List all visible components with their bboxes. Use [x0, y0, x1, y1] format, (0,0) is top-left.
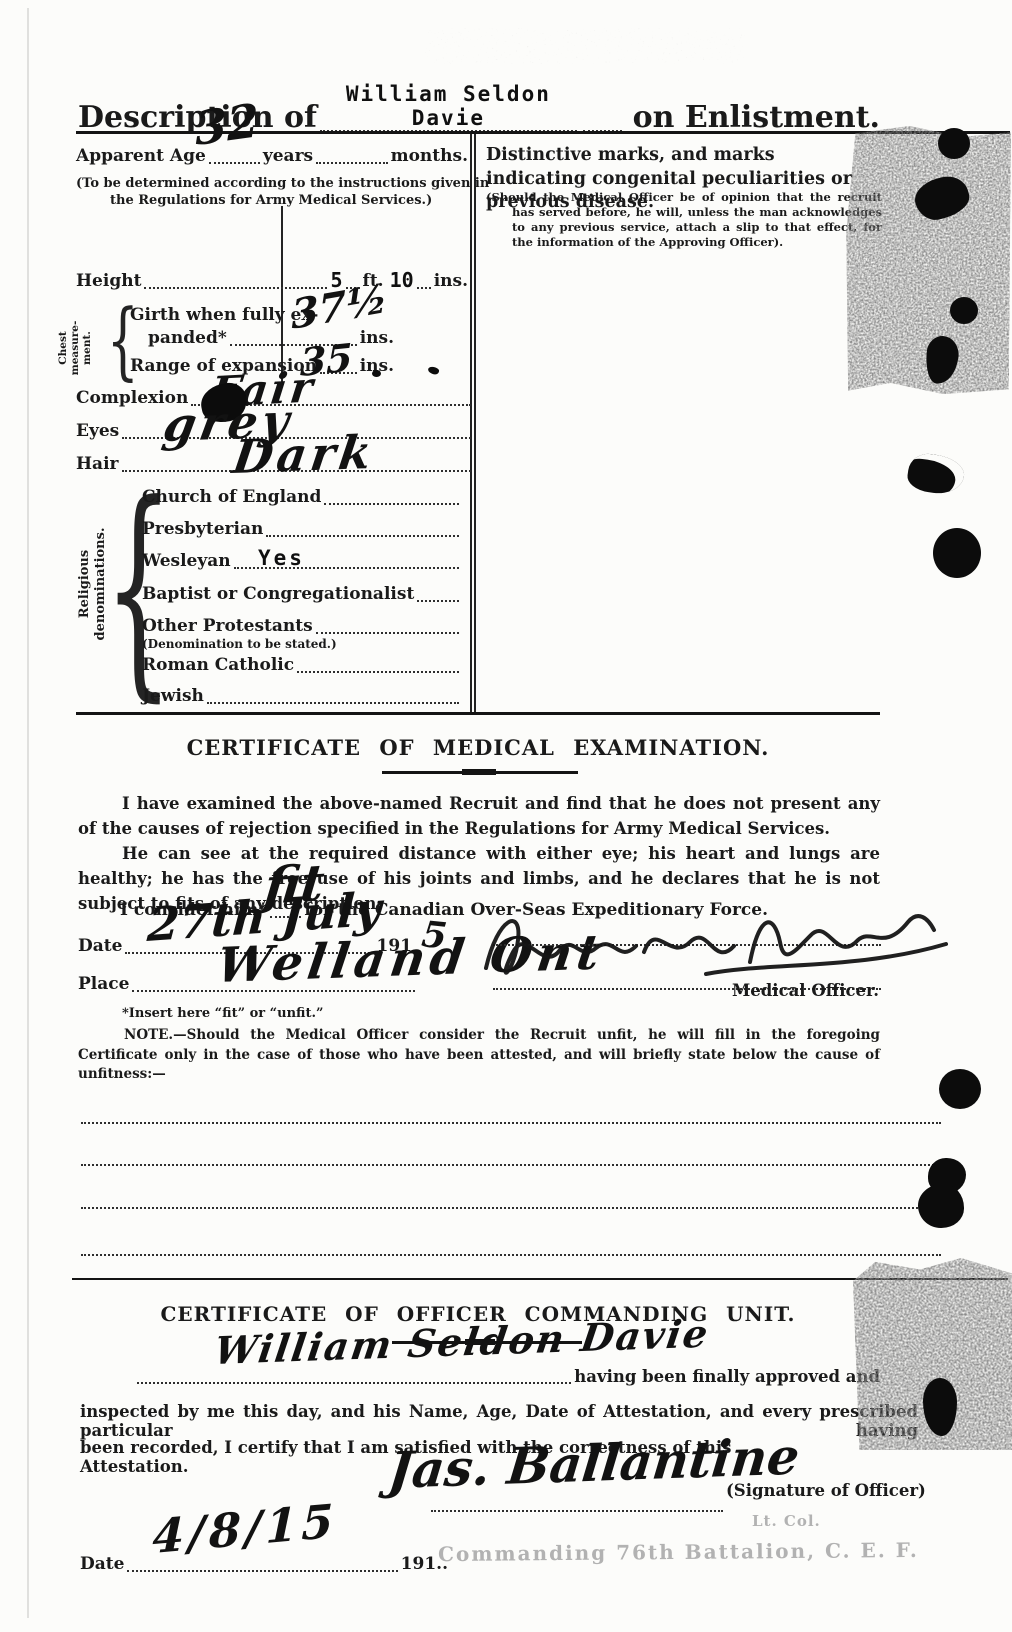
commanding-date-value: 4/8/15: [152, 1498, 338, 1560]
religion-other-note: (Denomination to be stated.): [142, 637, 337, 651]
religion-row-jewish: Jewish: [142, 686, 462, 707]
blank-line-1: [81, 1106, 941, 1124]
girth-label-line1: Girth when fully ex-: [130, 306, 318, 326]
chest-side-line2: measure-: [69, 303, 81, 393]
religion-jewish-label: Jewish: [142, 687, 204, 707]
ink-speck-1: [372, 370, 381, 377]
religion-presbyterian-label: Presbyterian: [142, 520, 263, 540]
blank-line-3: [81, 1191, 941, 1209]
months-label: months.: [391, 147, 468, 167]
height-inches-value: 10: [390, 268, 414, 292]
religion-baptist-label: Baptist or Congregationalist: [142, 585, 414, 605]
religion-baptist-dots: [417, 584, 459, 602]
faded-stamp: [425, 28, 745, 64]
girth-ins-label: ins.: [360, 329, 394, 349]
ink-blot-3: [950, 297, 978, 324]
ink-blot-1: [938, 128, 970, 159]
ink-blot-5: [906, 451, 967, 496]
medical-officer-signature-scrawl: [468, 888, 960, 1006]
religion-presbyterian-dots: [266, 519, 459, 537]
place-label: Place: [78, 975, 129, 995]
ink-blot-8b: [918, 1184, 964, 1228]
girth-label-line2: panded*: [148, 329, 227, 349]
apparent-age-row: Apparent Age years months.: [76, 146, 468, 167]
religion-side-line1: Religious: [77, 499, 93, 669]
officer-signature-label: (Signature of Officer): [726, 1482, 926, 1501]
height-dots: [144, 271, 327, 289]
religion-jewish-dots: [207, 686, 459, 704]
religion-other-dots: [316, 616, 459, 634]
unfit-note: NOTE.—Should the Medical Officer conside…: [78, 1026, 880, 1085]
years-label: years: [263, 147, 313, 167]
height-dots3: [417, 271, 431, 289]
attestation-form-page: Description of William Seldon Davie on E…: [0, 0, 1012, 1632]
height-row: Height 5 ft. 10 ins.: [76, 268, 468, 292]
blank-line-2: [81, 1148, 941, 1166]
insert-fit-note: *Insert here “fit” or “unfit.”: [122, 1006, 324, 1023]
religion-church-label: Church of England: [142, 488, 321, 508]
apparent-age-label: Apparent Age: [76, 147, 206, 167]
commanding-date-row: Date 191..: [80, 1554, 448, 1575]
ink-blot-6: [933, 528, 981, 578]
commanding-name-dots: [137, 1366, 571, 1384]
age-note: (To be determined according to the instr…: [76, 176, 506, 210]
header-gap-dots: [583, 114, 622, 132]
medical-cert-divider-thick: [462, 769, 496, 775]
box-bottom-rule: [76, 712, 880, 715]
medical-officer-label: Medical Officer.: [732, 982, 879, 1001]
medical-date-label: Date: [78, 937, 122, 957]
religion-row-other: Other Protestants: [142, 616, 462, 637]
chest-side-line3: ment.: [81, 303, 93, 393]
apparent-age-value: 32: [194, 97, 259, 152]
girth-row: panded* ins.: [148, 328, 394, 349]
religion-catholic-dots: [297, 655, 459, 673]
religion-row-baptist: Baptist or Congregationalist: [142, 584, 462, 605]
title-suffix: on Enlistment.: [633, 101, 880, 136]
religion-wesleyan-label: Wesleyan: [142, 552, 231, 572]
religion-row-presbyterian: Presbyterian: [142, 519, 462, 540]
rank-stamp: Lt. Col.: [752, 1512, 821, 1530]
height-label: Height: [76, 272, 141, 292]
scan-edge-line: [27, 8, 29, 1618]
commanding-date-label: Date: [80, 1555, 124, 1575]
eyes-label: Eyes: [76, 422, 119, 442]
age-dots2: [316, 146, 388, 164]
medical-cert-title: CERTIFICATE OF MEDICAL EXAMINATION.: [76, 735, 880, 760]
unit-stamp: Commanding 76th Battalion, C. E. F.: [438, 1538, 919, 1566]
ins-label: ins.: [434, 272, 468, 292]
religion-other-label: Other Protestants: [142, 617, 313, 637]
medical-cert-para1: I have examined the above-named Recruit …: [78, 792, 880, 842]
approved-text: having been finally approved and: [574, 1368, 880, 1387]
ink-blot-7: [939, 1069, 981, 1109]
religion-catholic-label: Roman Catholic: [142, 656, 294, 676]
distinctive-marks-note: (Should the Medical Officer be of opinio…: [486, 190, 882, 250]
ink-speck-2: [427, 365, 440, 375]
religion-church-dots: [324, 487, 459, 505]
religion-wesleyan-value: Yes: [258, 546, 305, 570]
chest-side-line1: Chest: [57, 303, 69, 393]
officer-signature-dots: [431, 1494, 723, 1512]
recruit-name-typed: William Seldon Davie: [346, 82, 551, 130]
religion-row-catholic: Roman Catholic: [142, 655, 462, 676]
religion-row-church: Church of England: [142, 487, 462, 508]
chest-side-label: Chest measure- ment.: [57, 303, 93, 393]
blank-line-4: [81, 1238, 941, 1256]
name-underline: William Seldon Davie: [320, 82, 577, 132]
hair-value: Dark: [230, 429, 378, 480]
